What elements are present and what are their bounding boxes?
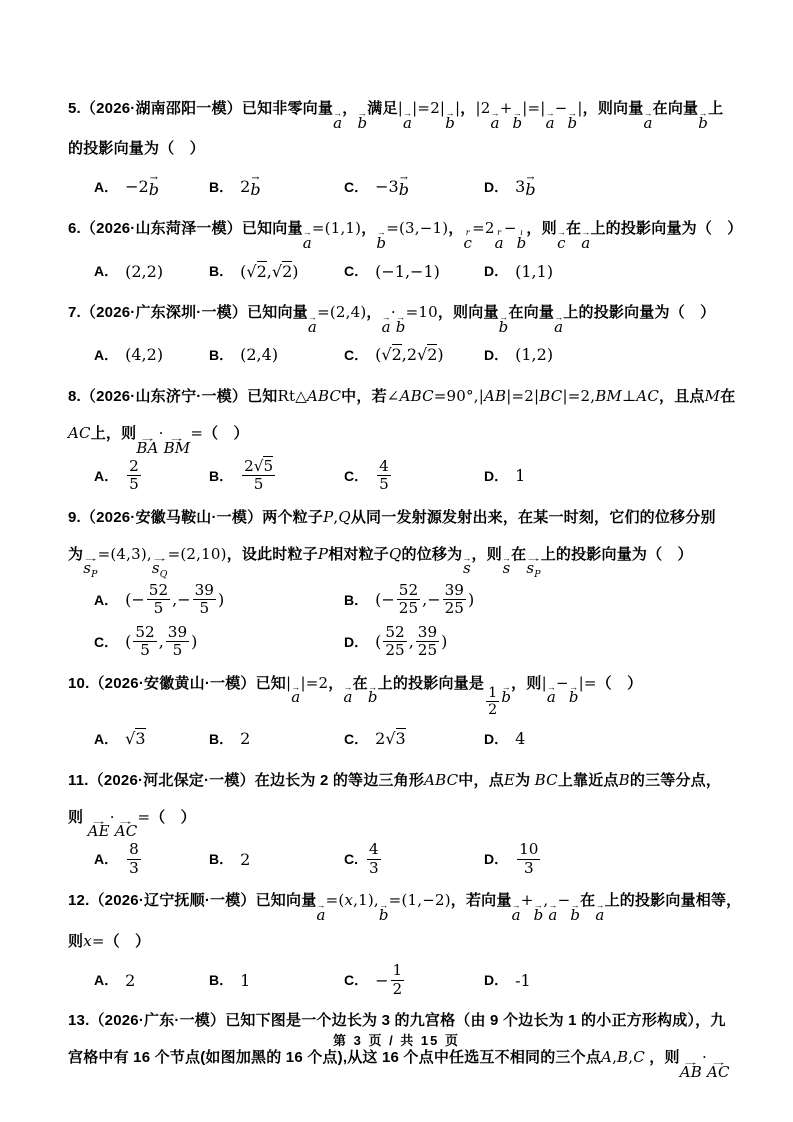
question-text: 5.（2026·湖南邵阳一模）已知非零向量→a，→b满足|→a|=2|→b|，|… <box>68 90 735 167</box>
option-value: 2 <box>125 971 135 990</box>
question-q9: 9.（2026·安徽马鞍山·一模）两个粒子P,Q从同一发射源发射出来，在某一时刻… <box>68 499 735 660</box>
option-D: D．4 <box>484 729 735 749</box>
option-label: D． <box>484 345 508 365</box>
option-label: C． <box>344 466 368 486</box>
option-label: C. <box>344 851 358 867</box>
option-label: B． <box>209 177 233 197</box>
option-value: 25 <box>125 458 143 494</box>
option-label: B． <box>209 970 233 990</box>
question-options: A．2B．1C．−12D．-1 <box>68 962 735 998</box>
option-value: (−1,−1) <box>375 262 440 281</box>
question-line: 12.（2026·辽宁抚顺·一模）已知向量→a=(x,1),→b=(1,−2)，… <box>68 882 735 923</box>
option-B: B．(√2,√2) <box>209 261 344 281</box>
option-label: D． <box>484 261 508 281</box>
option-value: −12 <box>375 962 406 998</box>
option-label: C． <box>344 261 368 281</box>
option-D: D．(1,1) <box>484 261 735 281</box>
option-label: A． <box>94 177 118 197</box>
option-value: (2,4) <box>240 345 278 364</box>
question-line: 11.（2026·河北保定·一模）在边长为 2 的等边三角形ABC中，点E为 B… <box>68 762 735 799</box>
question-q6: 6.（2026·山东菏泽一模）已知向量→a=(1,1)，→b=(3,−1)，rc… <box>68 210 735 289</box>
question-options: A．(−525,−395)B．(−5225,−3925)C．(525,395)D… <box>68 582 735 660</box>
question-line: 为→sP=(4,3),→sQ=(2,10)，设此时粒子P相对粒子Q的位移为→s，… <box>68 536 735 580</box>
question-line: 的投影向量为（ ） <box>68 131 735 167</box>
option-value: 2√55 <box>240 458 277 494</box>
option-A: A．(−525,−395) <box>94 582 344 618</box>
option-label: A． <box>94 590 118 610</box>
option-label: D． <box>484 177 508 197</box>
option-label: D． <box>484 729 508 749</box>
option-value: 1 <box>515 466 525 485</box>
option-C: C．(−1,−1) <box>344 261 484 281</box>
option-value: (√2,√2) <box>240 262 298 281</box>
option-label: C． <box>344 177 368 197</box>
option-value: (1,1) <box>515 262 553 281</box>
option-value: 43 <box>365 841 383 877</box>
question-line: 6.（2026·山东菏泽一模）已知向量→a=(1,1)，→b=(3,−1)，rc… <box>68 210 735 251</box>
question-options: A．25B．2√55C．45D．1 <box>68 458 735 494</box>
question-options: A．(4,2)B．(2,4)C．(√2,2√2)D．(1,2) <box>68 337 735 373</box>
question-text: 8.（2026·山东济宁·一模）已知Rt△ABC中，若∠ABC=90°,|AB|… <box>68 378 735 456</box>
question-text: 12.（2026·辽宁抚顺·一模）已知向量→a=(x,1),→b=(1,−2)，… <box>68 882 735 960</box>
question-q5: 5.（2026·湖南邵阳一模）已知非零向量→a，→b满足|→a|=2|→b|，|… <box>68 90 735 205</box>
option-label: B． <box>209 345 233 365</box>
option-value: (1,2) <box>515 345 553 364</box>
option-label: A． <box>94 729 118 749</box>
option-label: D． <box>484 466 508 486</box>
option-value: 2→b <box>240 176 260 199</box>
option-value: 3→b <box>515 176 535 199</box>
option-label: B． <box>209 261 233 281</box>
option-label: A． <box>94 345 118 365</box>
option-label: C． <box>344 970 368 990</box>
option-value: 1 <box>240 971 250 990</box>
option-label: A． <box>94 261 118 281</box>
option-label: C． <box>344 345 368 365</box>
option-label: B． <box>209 466 233 486</box>
option-label: D． <box>484 849 508 869</box>
option-value: (525,395) <box>125 624 197 660</box>
option-label: B． <box>209 729 233 749</box>
question-q10: 10.（2026·安徽黄山·一模）已知|→a|=2，→a在→b上的投影向量是12… <box>68 665 735 757</box>
option-D: D．103 <box>484 841 735 877</box>
option-C: C．2√3 <box>344 729 484 749</box>
option-value: 103 <box>515 841 542 877</box>
option-value: -1 <box>515 971 531 990</box>
question-line: AC上，则→BA·→BM=（ ） <box>68 415 735 456</box>
question-q12: 12.（2026·辽宁抚顺·一模）已知向量→a=(x,1),→b=(1,−2)，… <box>68 882 735 998</box>
option-B: B．1 <box>209 970 344 990</box>
option-D: D．3→b <box>484 176 735 199</box>
question-q7: 7.（2026·广东深圳·一模）已知向量→a=(2,4)，→a·→b=10，则向… <box>68 294 735 373</box>
option-label: B． <box>209 849 233 869</box>
option-A: A．83 <box>94 841 209 877</box>
option-label: B． <box>344 590 368 610</box>
option-value: 2√3 <box>375 729 406 748</box>
option-label: A． <box>94 970 118 990</box>
option-label: C． <box>94 632 118 652</box>
option-A: A．2 <box>94 970 209 990</box>
question-text: 11.（2026·河北保定·一模）在边长为 2 的等边三角形ABC中，点E为 B… <box>68 762 735 840</box>
question-q8: 8.（2026·山东济宁·一模）已知Rt△ABC中，若∠ABC=90°,|AB|… <box>68 378 735 494</box>
option-label: C． <box>344 729 368 749</box>
question-line: 9.（2026·安徽马鞍山·一模）两个粒子P,Q从同一发射源发射出来，在某一时刻… <box>68 499 735 536</box>
question-line: 5.（2026·湖南邵阳一模）已知非零向量→a，→b满足|→a|=2|→b|，|… <box>68 90 735 131</box>
option-value: 4 <box>515 729 525 748</box>
option-B: B．2 <box>209 729 344 749</box>
option-value: −2→b <box>125 176 159 199</box>
option-D: D．1 <box>484 466 735 486</box>
question-text: 7.（2026·广东深圳·一模）已知向量→a=(2,4)，→a·→b=10，则向… <box>68 294 735 335</box>
question-options: A．(2,2)B．(√2,√2)C．(−1,−1)D．(1,1) <box>68 253 735 289</box>
question-line: 7.（2026·广东深圳·一模）已知向量→a=(2,4)，→a·→b=10，则向… <box>68 294 735 335</box>
option-value: (√2,2√2) <box>375 345 444 364</box>
option-value: 2 <box>240 729 250 748</box>
option-B: B．2√55 <box>209 458 344 494</box>
option-value: −3→b <box>375 176 409 199</box>
page-indicator: 第 3 页 / 共 15 页 <box>333 1033 460 1048</box>
question-line: 8.（2026·山东济宁·一模）已知Rt△ABC中，若∠ABC=90°,|AB|… <box>68 378 735 415</box>
option-C: C.43 <box>344 841 484 877</box>
option-value: 2 <box>240 850 250 869</box>
option-C: C．(√2,2√2) <box>344 345 484 365</box>
option-C: C．−12 <box>344 962 484 998</box>
question-line: 则x=（ ） <box>68 923 735 960</box>
option-D: D．-1 <box>484 970 735 990</box>
option-B: B．2 <box>209 849 344 869</box>
option-C: C．45 <box>344 458 484 494</box>
question-line: 10.（2026·安徽黄山·一模）已知|→a|=2，→a在→b上的投影向量是12… <box>68 665 735 719</box>
option-value: 45 <box>375 458 393 494</box>
question-options: A．√3B．2C．2√3D．4 <box>68 721 735 757</box>
option-C: C．−3→b <box>344 176 484 199</box>
option-value: (5225,3925) <box>375 624 447 660</box>
option-A: A．−2→b <box>94 176 209 199</box>
option-value: √3 <box>125 729 145 748</box>
option-label: A． <box>94 849 118 869</box>
option-value: (−5225,−3925) <box>375 582 474 618</box>
option-A: A．√3 <box>94 729 209 749</box>
option-label: D． <box>484 970 508 990</box>
question-options: A．83B．2C.43D．103 <box>68 841 735 877</box>
option-B: B．(−5225,−3925) <box>344 582 735 618</box>
option-value: (2,2) <box>125 262 163 281</box>
question-options: A．−2→bB．2→bC．−3→bD．3→b <box>68 169 735 205</box>
option-value: 83 <box>125 841 143 877</box>
option-B: B．(2,4) <box>209 345 344 365</box>
option-D: D．(5225,3925) <box>344 624 735 660</box>
option-label: A． <box>94 466 118 486</box>
option-value: (4,2) <box>125 345 163 364</box>
question-text: 9.（2026·安徽马鞍山·一模）两个粒子P,Q从同一发射源发射出来，在某一时刻… <box>68 499 735 580</box>
option-C: C．(525,395) <box>94 624 344 660</box>
question-list: 5.（2026·湖南邵阳一模）已知非零向量→a，→b满足|→a|=2|→b|，|… <box>68 90 735 1085</box>
option-A: A．(2,2) <box>94 261 209 281</box>
option-value: (−525,−395) <box>125 582 224 618</box>
option-A: A．(4,2) <box>94 345 209 365</box>
question-text: 10.（2026·安徽黄山·一模）已知|→a|=2，→a在→b上的投影向量是12… <box>68 665 735 719</box>
question-text: 6.（2026·山东菏泽一模）已知向量→a=(1,1)，→b=(3,−1)，rc… <box>68 210 735 251</box>
question-q11: 11.（2026·河北保定·一模）在边长为 2 的等边三角形ABC中，点E为 B… <box>68 762 735 878</box>
option-A: A．25 <box>94 458 209 494</box>
option-B: B．2→b <box>209 176 344 199</box>
option-D: D．(1,2) <box>484 345 735 365</box>
question-line: 则 →AE·→AC=（ ） <box>68 799 735 840</box>
page-footer: 第 3 页 / 共 15 页 <box>0 1030 793 1049</box>
option-label: D． <box>344 632 368 652</box>
